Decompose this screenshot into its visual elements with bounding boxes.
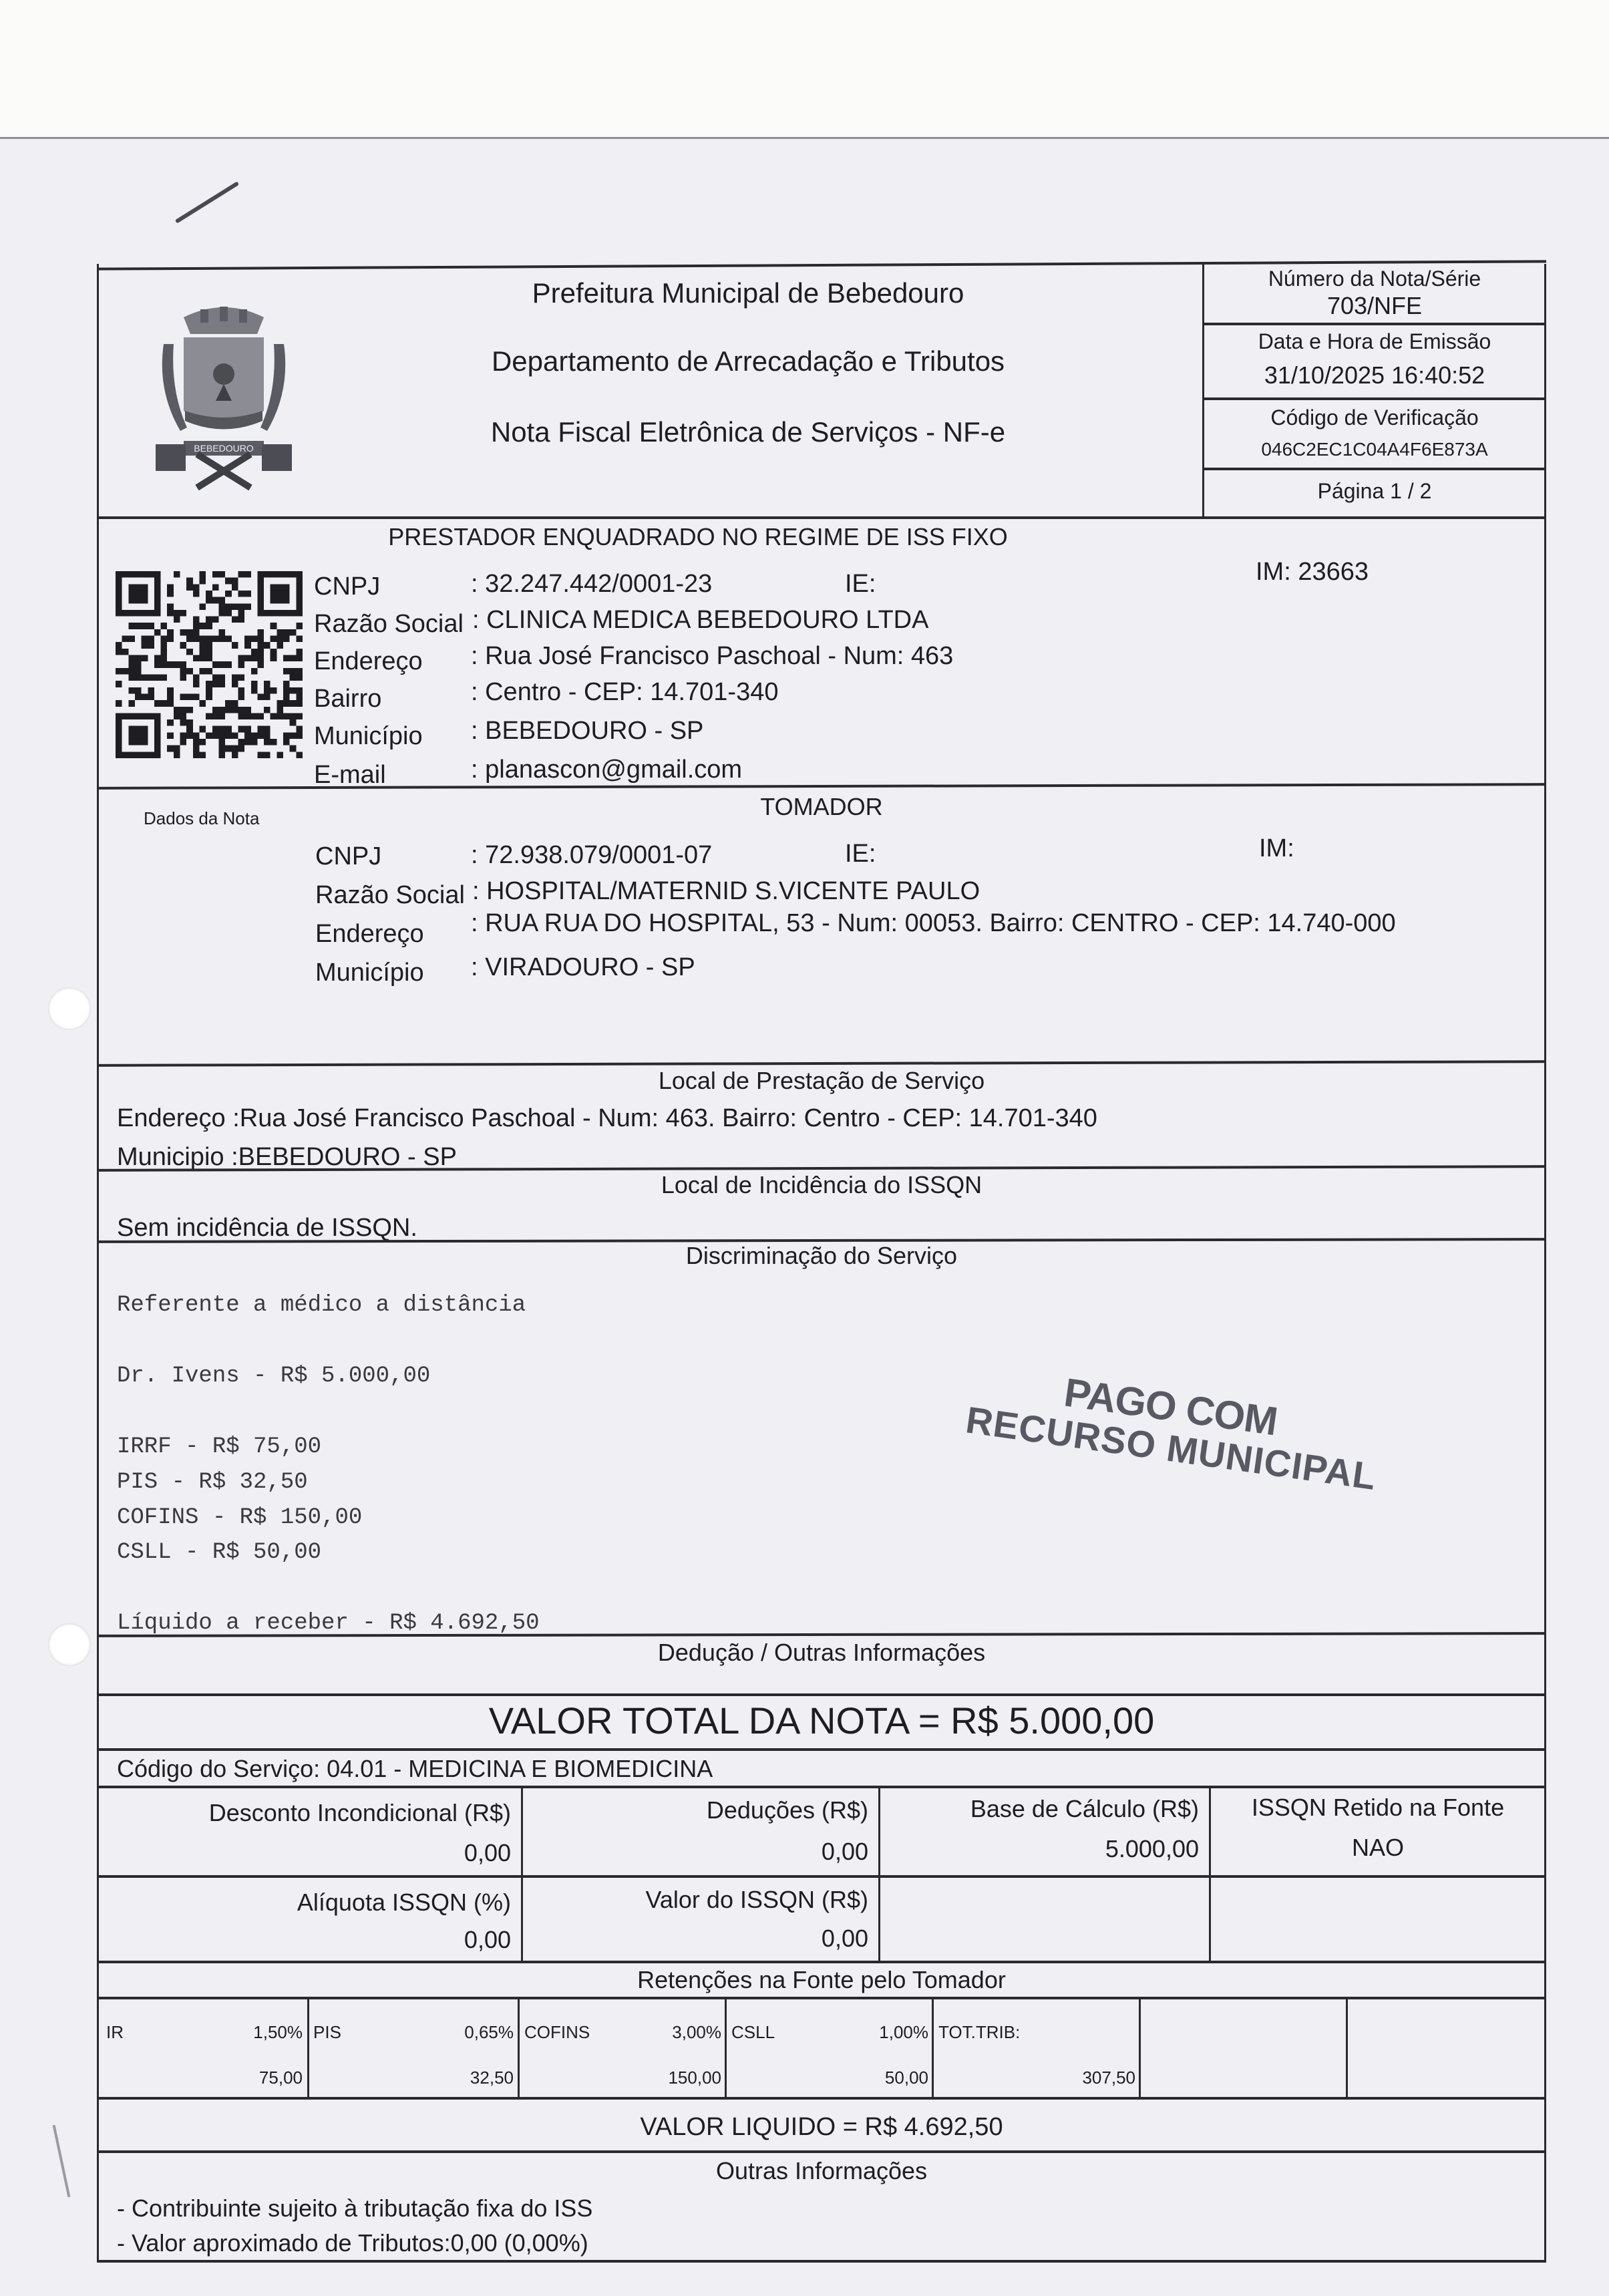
- pagina-indicator: Página 1 / 2: [1204, 479, 1545, 504]
- data-emissao-value: 31/10/2025 16:40:52: [1204, 361, 1545, 389]
- tomador-razao-label: Razão Social: [315, 881, 465, 910]
- valor-issqn-value: 0,00: [524, 1925, 868, 1953]
- data-emissao-label: Data e Hora de Emissão: [1204, 329, 1545, 354]
- deducoes-label: Deduções (R$): [524, 1796, 868, 1824]
- prestador-bairro: : Centro - CEP: 14.701-340: [471, 678, 778, 707]
- discriminacao-line: PIS - R$ 32,50: [117, 1470, 308, 1495]
- local-prestacao-endereco: Endereço :Rua José Francisco Paschoal - …: [117, 1104, 1097, 1133]
- prestador-municipio: : BEBEDOURO - SP: [471, 717, 703, 746]
- prestador-endereco-label: Endereço: [314, 647, 423, 676]
- issqn-retido-label: ISSQN Retido na Fonte: [1211, 1794, 1545, 1822]
- divider: [97, 2260, 1546, 2263]
- divider: [97, 1997, 1546, 1999]
- col-divider: [1139, 1997, 1141, 2097]
- base-calculo-label: Base de Cálculo (R$): [882, 1795, 1199, 1823]
- col-divider: [1346, 1997, 1348, 2097]
- valor-total: VALOR TOTAL DA NOTA = R$ 5.000,00: [97, 1699, 1546, 1742]
- discriminacao-line: Dr. Ivens - R$ 5.000,00: [117, 1363, 430, 1389]
- outras-line: - Contribuinte sujeito à tributação fixa…: [117, 2194, 592, 2223]
- discriminacao-line: COFINS - R$ 150,00: [117, 1505, 362, 1530]
- prestador-cnpj: : 32.247.442/0001-23: [471, 570, 712, 599]
- valor-liquido: VALOR LIQUIDO = R$ 4.692,50: [97, 2113, 1546, 2142]
- aliquota-value: 0,00: [97, 1926, 511, 1954]
- svg-text:BEBEDOURO: BEBEDOURO: [194, 443, 254, 454]
- prestador-ie-label: IE:: [845, 570, 876, 599]
- local-prestacao-municipio: Municipio :BEBEDOURO - SP: [117, 1143, 457, 1172]
- divider: [97, 2150, 1546, 2153]
- discriminacao-line: Referente a médico a distância: [117, 1293, 526, 1318]
- desconto-label: Desconto Incondicional (R$): [97, 1799, 511, 1827]
- prestador-municipio-label: Município: [314, 722, 423, 751]
- prestador-razao-social: : CLINICA MEDICA BEBEDOURO LTDA: [472, 606, 928, 635]
- departamento-title: Departamento de Arrecadação e Tributos: [297, 345, 1199, 377]
- ret-ir-rate: 1,50%: [97, 2022, 303, 2043]
- col-divider: [878, 1786, 880, 1961]
- divider: [1202, 323, 1545, 325]
- tomador-cnpj-label: CNPJ: [315, 842, 381, 871]
- divider: [1202, 397, 1545, 400]
- tomador-municipio: : VIRADOURO - SP: [471, 953, 695, 982]
- tot-trib-value: 307,50: [934, 2068, 1135, 2088]
- desconto-value: 0,00: [97, 1839, 511, 1867]
- prestador-email: : planascon@gmail.com: [471, 756, 742, 784]
- outras-title: Outras Informações: [97, 2157, 1546, 2185]
- valor-issqn-label: Valor do ISSQN (R$): [524, 1886, 868, 1914]
- ret-pis-value: 32,50: [309, 2068, 514, 2088]
- tomador-ie-label: IE:: [845, 840, 876, 868]
- qr-code-icon: [116, 568, 303, 762]
- prestador-im: IM: 23663: [1256, 558, 1369, 587]
- numero-value: 703/NFE: [1204, 292, 1545, 320]
- tot-trib-label: TOT.TRIB:: [938, 2022, 1020, 2043]
- codigo-verificacao-value: 046C2EC1C04A4F6E873A: [1204, 439, 1545, 460]
- base-calculo-value: 5.000,00: [882, 1835, 1199, 1863]
- divider: [97, 1961, 1546, 1963]
- local-prestacao-title: Local de Prestação de Serviço: [97, 1067, 1546, 1095]
- divider: [97, 1875, 1546, 1878]
- divider: [97, 1748, 1546, 1751]
- ret-pis-rate: 0,65%: [309, 2022, 514, 2043]
- discriminacao-line: CSLL - R$ 50,00: [117, 1540, 321, 1565]
- discriminacao-line: Líquido a receber - R$ 4.692,50: [117, 1611, 540, 1636]
- prefeitura-title: Prefeitura Municipal de Bebedouro: [297, 277, 1199, 309]
- issqn-retido-value: NAO: [1211, 1834, 1545, 1862]
- discriminacao-line: IRRF - R$ 75,00: [117, 1434, 321, 1460]
- numero-label: Número da Nota/Série: [1204, 267, 1545, 291]
- nfe-title: Nota Fiscal Eletrônica de Serviços - NF-…: [297, 416, 1199, 448]
- ret-csll-rate: 1,00%: [727, 2022, 928, 2043]
- tomador-municipio-label: Município: [315, 959, 424, 987]
- col-divider: [521, 1786, 523, 1961]
- prestador-email-label: E-mail: [314, 761, 386, 790]
- codigo-verificacao-label: Código de Verificação: [1204, 405, 1545, 430]
- retencoes-title: Retenções na Fonte pelo Tomador: [97, 1966, 1546, 1994]
- deducoes-value: 0,00: [524, 1838, 868, 1866]
- discriminacao-title: Discriminação do Serviço: [97, 1242, 1546, 1270]
- ret-ir-value: 75,00: [97, 2068, 303, 2088]
- prestador-razao-label: Razão Social: [314, 610, 464, 639]
- ret-cofins-rate: 3,00%: [520, 2022, 721, 2043]
- divider: [97, 2097, 1546, 2100]
- tomador-title: TOMADOR: [97, 793, 1546, 821]
- ret-csll-value: 50,00: [727, 2068, 928, 2088]
- incidencia-text: Sem incidência de ISSQN.: [117, 1214, 417, 1243]
- prestador-bairro-label: Bairro: [314, 685, 381, 713]
- coat-of-arms-icon: BEBEDOURO: [144, 297, 304, 491]
- punch-hole-bottom: [48, 1623, 91, 1666]
- deducao-title: Dedução / Outras Informações: [97, 1639, 1546, 1667]
- divider: [97, 1693, 1546, 1696]
- prestador-title: PRESTADOR ENQUADRADO NO REGIME DE ISS FI…: [97, 523, 1299, 551]
- aliquota-label: Alíquota ISSQN (%): [97, 1889, 511, 1917]
- prestador-endereco: : Rua José Francisco Paschoal - Num: 463: [471, 642, 953, 671]
- tomador-endereco: : RUA RUA DO HOSPITAL, 53 - Num: 00053. …: [471, 909, 1396, 938]
- divider: [97, 1786, 1546, 1788]
- ret-cofins-value: 150,00: [520, 2068, 721, 2088]
- incidencia-title: Local de Incidência do ISSQN: [97, 1171, 1546, 1199]
- codigo-servico: Código do Serviço: 04.01 - MEDICINA E BI…: [117, 1755, 713, 1783]
- divider: [1202, 468, 1545, 470]
- prestador-cnpj-label: CNPJ: [314, 572, 380, 601]
- tomador-razao-social: : HOSPITAL/MATERNID S.VICENTE PAULO: [472, 877, 980, 906]
- qr-caption: Dados da Nota: [144, 808, 259, 829]
- divider: [97, 516, 1546, 519]
- tomador-endereco-label: Endereço: [315, 920, 424, 949]
- tomador-cnpj: : 72.938.079/0001-07: [471, 841, 712, 870]
- tomador-im-label: IM:: [1259, 834, 1294, 863]
- outras-line: - Valor aproximado de Tributos:0,00 (0,0…: [117, 2229, 588, 2257]
- punch-hole-top: [48, 987, 91, 1030]
